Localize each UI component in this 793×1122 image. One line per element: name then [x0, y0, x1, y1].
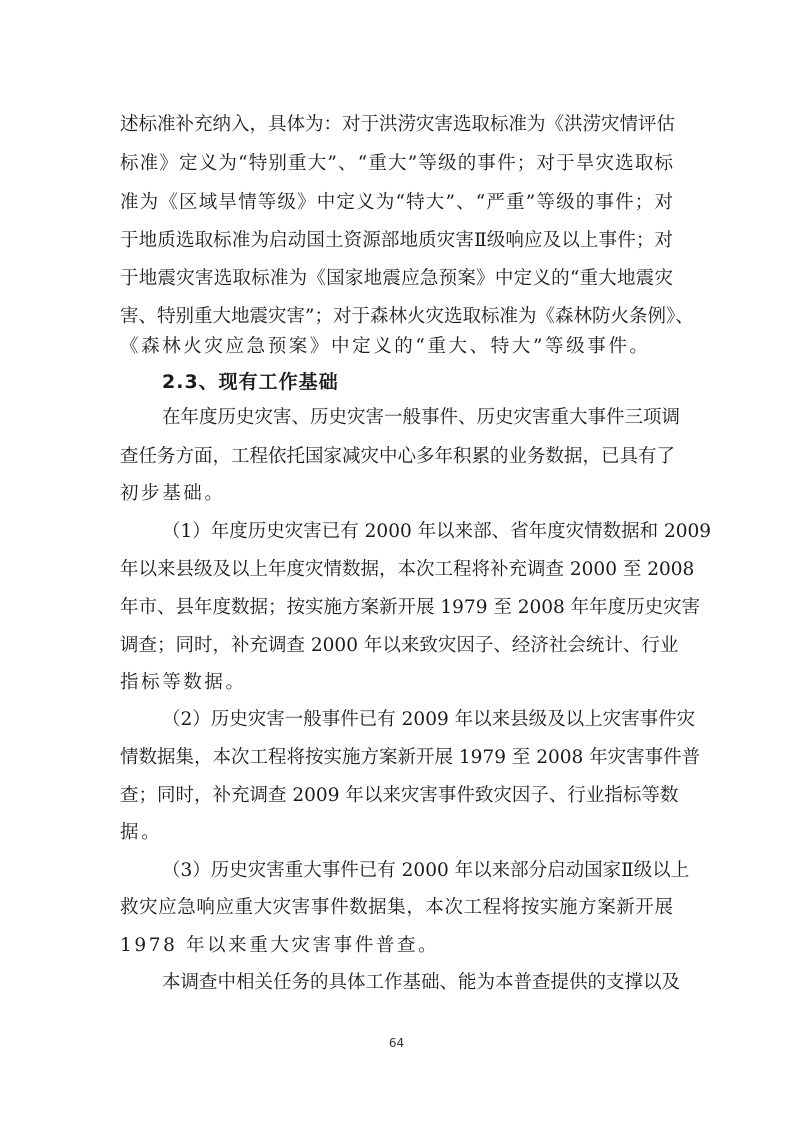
text-line: 述标准补充纳入，具体为：对于洪涝灾害选取标准为《洪涝灾情评估 [120, 112, 673, 138]
text-line: 初步基础。 [120, 481, 673, 507]
text-line: 标准》定义为“特别重大”、“重大”等级的事件；对于旱灾选取标 [120, 151, 673, 177]
text-line: 准为《区域旱情等级》中定义为“特大”、“严重”等级的事件；对 [120, 190, 673, 216]
text-line: 年市、县年度数据；按实施方案新开展 1979 至 2008 年年度历史灾害 [120, 595, 673, 621]
text-line: 1978 年以来重大灾害事件普查。 [120, 933, 673, 959]
text-line: （2）历史灾害一般事件已有 2009 年以来县级及以上灾害事件灾 [162, 707, 673, 733]
text-line: 调查；同时，补充调查 2000 年以来致灾因子、经济社会统计、行业 [120, 633, 673, 659]
text-line: 于地震灾害选取标准为《国家地震应急预案》中定义的“重大地震灾 [120, 266, 673, 292]
text-line: 年以来县级及以上年度灾情数据，本次工程将补充调查 2000 至 2008 [120, 557, 673, 583]
text-line: 救灾应急响应重大灾害事件数据集，本次工程将按实施方案新开展 [120, 895, 673, 921]
text-line: 害、特别重大地震灾害”；对于森林火灾选取标准为《森林防火条例》、 [120, 304, 673, 330]
text-line: 本调查中相关任务的具体工作基础、能为本普查提供的支撑以及 [162, 970, 673, 996]
text-line: 查任务方面，工程依托国家减灾中心多年积累的业务数据，已具有了 [120, 444, 673, 470]
text-line: （3）历史灾害重大事件已有 2000 年以来部分启动国家Ⅱ级以上 [162, 858, 673, 884]
text-line: 在年度历史灾害、历史灾害一般事件、历史灾害重大事件三项调 [162, 405, 673, 431]
text-line: 《森林火灾应急预案》中定义的“重大、特大”等级事件。 [120, 334, 673, 360]
section-heading: 2.3、现有工作基础 [162, 369, 339, 395]
text-line: 于地质选取标准为启动国土资源部地质灾害Ⅱ级响应及以上事件；对 [120, 228, 673, 254]
text-line: 指标等数据。 [120, 670, 673, 696]
text-line: 据。 [120, 820, 673, 846]
text-line: 查；同时，补充调查 2009 年以来灾害事件致灾因子、行业指标等数 [120, 783, 673, 809]
page-number: 64 [0, 1036, 793, 1050]
text-line: （1）年度历史灾害已有 2000 年以来部、省年度灾情数据和 2009 [162, 519, 673, 545]
text-line: 情数据集，本次工程将按实施方案新开展 1979 至 2008 年灾害事件普 [120, 745, 673, 771]
document-page: 述标准补充纳入，具体为：对于洪涝灾害选取标准为《洪涝灾情评估标准》定义为“特别重… [0, 0, 793, 1122]
